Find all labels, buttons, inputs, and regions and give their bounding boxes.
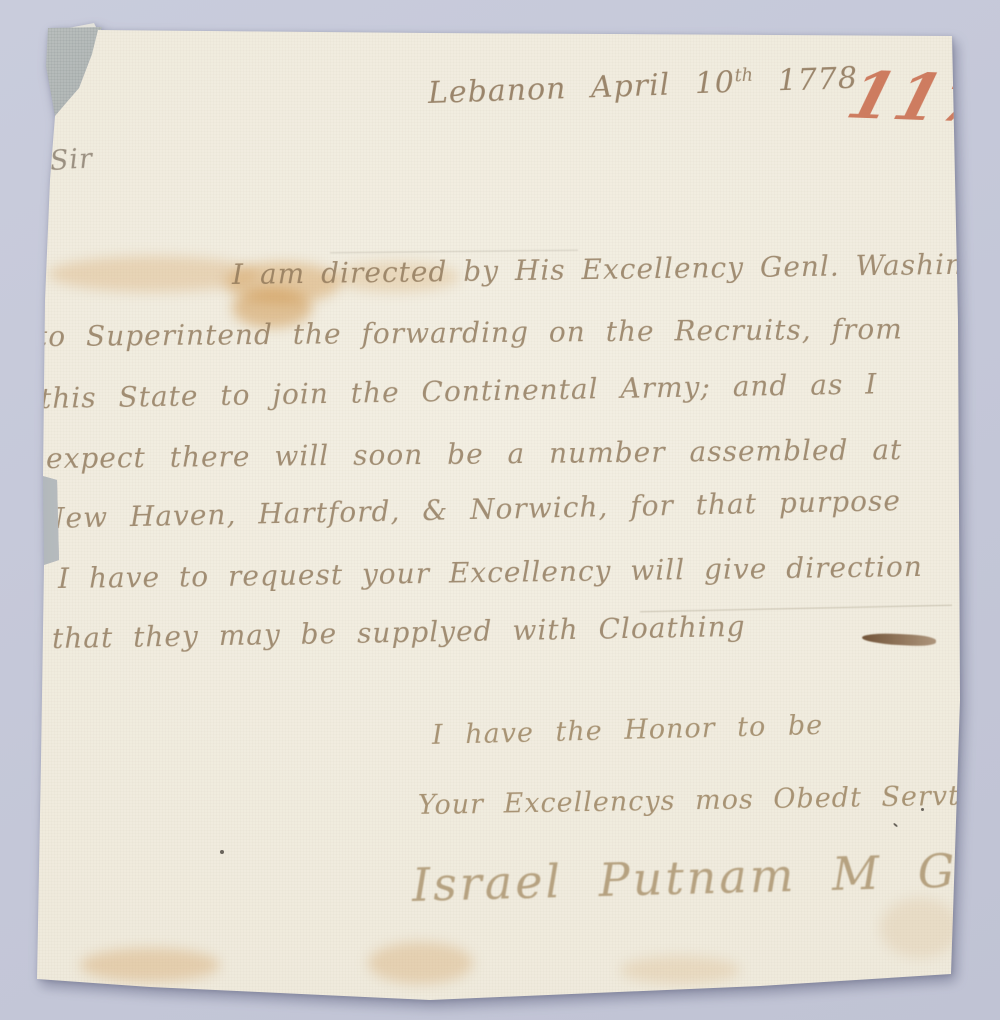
closing-line-1: I have the Honor to be [432, 710, 824, 751]
ink-speck [220, 850, 224, 854]
photo-background: Lebanon April 10th 1778 117 Sir I am dir… [0, 0, 1000, 1020]
ink-speck [893, 823, 898, 828]
letter-photo: Lebanon April 10th 1778 117 Sir I am dir… [0, 0, 1000, 1020]
body-line-2: to Superintend the forwarding on the Rec… [36, 312, 903, 353]
body-line-7: that they may be supplyed with Cloathing [52, 610, 746, 655]
signature: Israel Putnam M G [411, 844, 958, 912]
ink-dash-flourish [862, 632, 936, 647]
closing-line-2: Your Excellencys mos Obedt Servt. [418, 780, 970, 821]
archival-number: 117 [839, 58, 999, 138]
body-line-3: this State to join the Continental Army;… [40, 367, 878, 415]
dateline-ordinal: th [734, 66, 753, 87]
salutation: Sir [49, 143, 94, 177]
dateline: Lebanon April 10th 1778 [427, 61, 858, 111]
stain-bottom-mid [368, 942, 473, 984]
body-line-5: New Haven, Hartford, & Norwich, for that… [40, 484, 902, 535]
body-line-1: I am directed by His Excellency Genl. Wa… [232, 247, 1000, 291]
stain-band-left [48, 256, 258, 292]
stain-corner-right [880, 898, 960, 958]
stain-bottom-right [620, 956, 740, 984]
dateline-year: 1778 [753, 61, 859, 100]
dateline-place-date: Lebanon April 10 [427, 65, 735, 111]
letter-paper: Lebanon April 10th 1778 117 Sir I am dir… [0, 0, 1000, 1020]
stain-bottom-left [80, 948, 220, 982]
body-line-6: I have to request your Excellency will g… [58, 550, 923, 595]
body-line-4: expect there will soon be a number assem… [46, 433, 903, 475]
